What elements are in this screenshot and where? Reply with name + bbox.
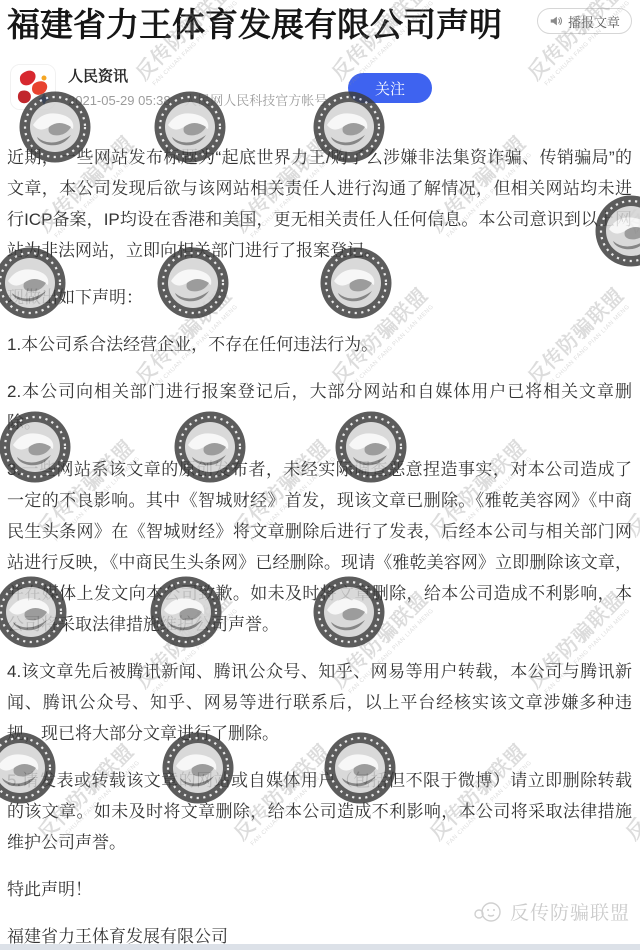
article-paragraph: 1.本公司系合法经营企业，不存在任何违法行为。	[7, 329, 632, 360]
speaker-icon	[549, 14, 563, 28]
article-paragraph: 3.一些网站系该文章的原创发布者，未经实际调查恶意捏造事实，对本公司造成了一定的…	[7, 454, 632, 640]
article-page: 福建省力王体育发展有限公司声明 播报文章 人民资讯 2021-05-29 05:…	[0, 0, 640, 950]
alliance-label: 反传防骗联盟	[510, 898, 630, 925]
broadcast-label: 播报文章	[568, 12, 620, 31]
author-logo-icon	[11, 65, 56, 110]
byline: 人民资讯 2021-05-29 05:38 人民网人民科技官方帐号 关注	[0, 64, 640, 112]
byline-meta: 2021-05-29 05:38 人民网人民科技官方帐号	[68, 90, 327, 109]
follow-button[interactable]: 关注	[348, 73, 432, 103]
article-paragraph: 近期，一些网站发布标题为“起底世界力王/购了么涉嫌非法集资诈骗、传销骗局”的文章…	[7, 142, 632, 266]
publish-time: 2021-05-29 05:38	[68, 93, 171, 108]
article-body: 近期，一些网站发布标题为“起底世界力王/购了么涉嫌非法集资诈骗、传销骗局”的文章…	[7, 142, 632, 950]
author-name[interactable]: 人民资讯	[68, 65, 128, 86]
footer-alliance-logo: 反传防骗联盟	[473, 898, 630, 925]
article-paragraph: 现做出如下声明：	[7, 282, 632, 313]
author-avatar[interactable]	[10, 64, 56, 110]
broadcast-article-button[interactable]: 播报文章	[537, 8, 632, 34]
article-header: 福建省力王体育发展有限公司声明 播报文章	[0, 0, 640, 46]
account-label: 人民网人民科技官方帐号	[184, 93, 327, 108]
article-paragraph: 5.请发表或转载该文章的网站或自媒体用户（包括但不限于微博）请立即删除转载的该文…	[7, 765, 632, 858]
article-paragraph: 4.该文章先后被腾讯新闻、腾讯公众号、知乎、网易等用户转载，本公司与腾讯新闻、腾…	[7, 656, 632, 749]
bottom-bar	[0, 944, 640, 950]
alliance-face-icon	[473, 900, 503, 924]
article-paragraph: 2.本公司向相关部门进行报案登记后，大部分网站和自媒体用户已将相关文章删除。	[7, 376, 632, 438]
